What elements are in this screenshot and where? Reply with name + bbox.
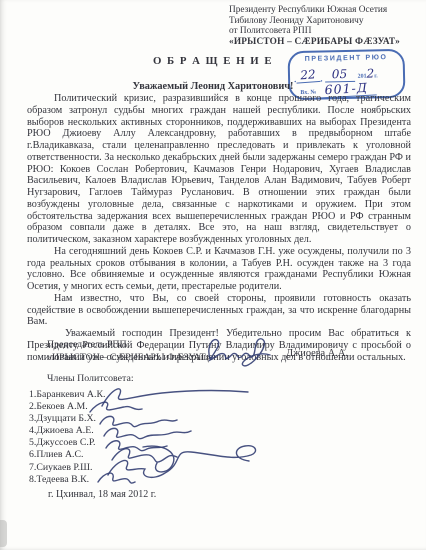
chairman-name: Джиоева А.А. bbox=[286, 348, 348, 359]
sender-line: от Политсовета РПП bbox=[229, 26, 400, 37]
recipient-block: Президенту Республики Южная Осетия Тибил… bbox=[229, 5, 400, 47]
scanned-letter-page: Президенту Республики Южная Осетия Тибил… bbox=[0, 0, 426, 550]
recipient-line: Президенту Республики Южная Осетия bbox=[229, 5, 400, 16]
letter-body: Политический кризис, разразившийся в кон… bbox=[27, 93, 411, 363]
member-signatures-icon bbox=[72, 382, 282, 490]
chairman-title-block: Председатель РПП «ИРЫСТОН – СÆРИБАРЫ ФÆЗ… bbox=[47, 338, 210, 364]
place-and-date: г. Цхинвал, 18 мая 2012 г. bbox=[48, 489, 156, 500]
paragraph: Политический кризис, разразившийся в кон… bbox=[27, 93, 411, 246]
salutation: Уважаемый Леонид Харитонович! bbox=[0, 81, 426, 92]
recipient-line: Тибилову Леониду Харитоновичу bbox=[229, 16, 400, 27]
chairman-signature-icon bbox=[203, 332, 275, 372]
paragraph: Нам известно, что Вы, со своей стороны, … bbox=[27, 293, 411, 328]
stamp-title: ПРЕЗИДЕНТ РЮО bbox=[290, 54, 403, 63]
paragraph: На сегодняшний день Кокоев С.Р. и Качмаз… bbox=[27, 246, 411, 293]
chairman-title-line: Председатель РПП bbox=[47, 338, 210, 351]
scan-artifact bbox=[0, 520, 7, 547]
chairman-title-line: «ИРЫСТОН – СÆРИБАРЫ ФÆЗУАТ» bbox=[47, 351, 210, 364]
party-name-line: «ИРЫСТОН – СÆРИБАРЫ ФÆЗУАТ» bbox=[229, 37, 400, 48]
